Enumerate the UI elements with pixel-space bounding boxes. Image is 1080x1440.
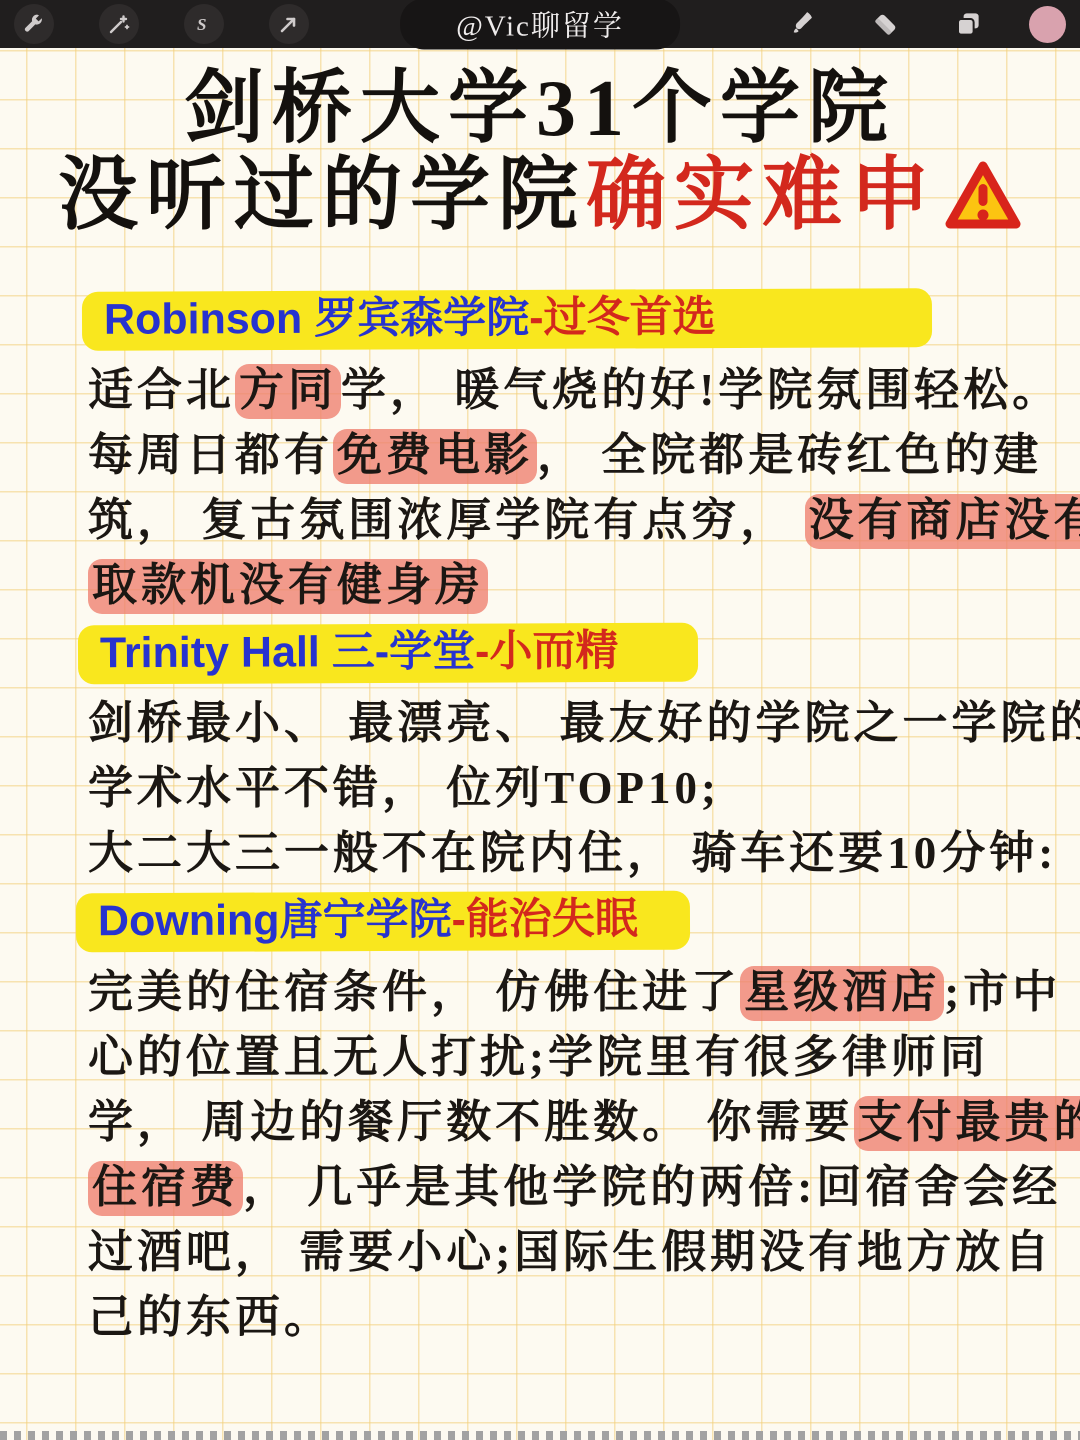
text-line: 住宿费， 几乎是其他学院的两倍:回宿舍会经 <box>88 1155 1080 1220</box>
transform-arrow-icon <box>277 12 301 36</box>
poster-title-line2: 没听过的学院确实难申 <box>0 153 1080 250</box>
text-line: 完美的住宿条件， 仿佛住进了星级酒店;市中 <box>88 960 1080 1025</box>
text-segment: 己的东西。 <box>88 1292 333 1342</box>
text-line: 学， 周边的餐厅数不胜数。 你需要支付最贵的 <box>88 1090 1080 1155</box>
highlighted-text: 星级酒店 <box>740 966 944 1021</box>
poster-title: 剑桥大学31个学院 没听过的学院确实难申 <box>0 66 1080 250</box>
highlighted-text: 住宿费 <box>88 1161 243 1216</box>
selection-button[interactable]: S <box>184 4 224 44</box>
drawing-canvas[interactable]: 剑桥大学31个学院 没听过的学院确实难申 Robinson 罗宾森学院-过冬首选… <box>0 48 1080 1440</box>
procreate-screen: S @Vic聊留学 <box>0 0 1080 1440</box>
header-tagline: -小而精 <box>475 627 619 676</box>
text-segment: 学， 周边的餐厅数不胜数。 你需要 <box>88 1097 854 1147</box>
text-line: 过酒吧， 需要小心;国际生假期没有地方放自 <box>88 1220 1080 1285</box>
section-downing: Downing唐宁学院-能治失眠 完美的住宿条件， 仿佛住进了星级酒店;市中 心… <box>88 892 1080 1349</box>
text-segment: ， 全院都是砖红色的建 <box>537 430 1042 480</box>
wrench-icon <box>22 12 46 36</box>
transform-button[interactable] <box>269 4 309 44</box>
gallery-wrench-button[interactable] <box>14 4 54 44</box>
svg-text:S: S <box>197 15 206 34</box>
text-segment: ;市中 <box>944 967 1061 1017</box>
text-segment: ， 几乎是其他学院的两倍:回宿舍会经 <box>243 1162 1061 1212</box>
text-segment: 适合北 <box>88 365 235 415</box>
text-segment: 完美的住宿条件， 仿佛住进了 <box>88 967 740 1017</box>
text-segment: 过酒吧， 需要小心;国际生假期没有地方放自 <box>88 1227 1053 1277</box>
magic-wand-icon <box>107 12 131 36</box>
brush-button[interactable] <box>783 3 825 45</box>
header-tagline: -过冬首选 <box>529 293 716 342</box>
text-segment: 学， 暖气烧的好!学院氛围轻松。 <box>341 365 1061 415</box>
text-line: 筑， 复古氛围浓厚学院有点穷， 没有商店没有 <box>88 488 1080 553</box>
color-swatch[interactable] <box>1029 6 1066 43</box>
section-robinson-header: Robinson 罗宾森学院-过冬首选 <box>82 289 932 352</box>
highlighted-text: 取款机没有健身房 <box>88 559 488 614</box>
eraser-icon <box>871 9 901 39</box>
layers-icon <box>953 9 983 39</box>
text-line: 心的位置且无人打扰;学院里有很多律师同 <box>88 1025 1080 1090</box>
text-line: 每周日都有免费电影， 全院都是砖红色的建 <box>88 423 1080 488</box>
header-tagline: -能治失眠 <box>451 895 638 944</box>
highlighted-text: 方同 <box>235 364 341 419</box>
text-line: 取款机没有健身房 <box>88 553 1080 618</box>
eraser-button[interactable] <box>865 3 907 45</box>
toolbar-left-group: S <box>14 4 309 44</box>
text-line: 大二大三一般不在院内住， 骑车还要10分钟: <box>88 821 1080 886</box>
document-title: @Vic聊留学 <box>456 11 624 43</box>
header-college-name: Robinson 罗宾森学院 <box>104 294 529 344</box>
highlighted-text: 免费电影 <box>333 429 537 484</box>
document-title-pill: @Vic聊留学 <box>400 0 680 50</box>
header-college-name: Trinity Hall 三-学堂 <box>100 627 475 677</box>
header-college-name: Downing唐宁学院 <box>98 896 452 946</box>
section-downing-header: Downing唐宁学院-能治失眠 <box>76 891 690 953</box>
highlighted-text: 支付最贵的 <box>854 1096 1080 1151</box>
toolbar-right-group <box>783 3 1066 45</box>
text-line: 适合北方同学， 暖气烧的好!学院氛围轻松。 <box>88 358 1080 423</box>
warning-triangle-icon <box>944 162 1022 250</box>
poster-title-line2-red: 确实难申 <box>586 152 938 240</box>
text-segment: 心的位置且无人打扰;学院里有很多律师同 <box>88 1032 989 1082</box>
page-perforation <box>0 1431 1080 1440</box>
poster-title-line2-black: 没听过的学院 <box>58 152 586 240</box>
section-robinson: Robinson 罗宾森学院-过冬首选 适合北方同学， 暖气烧的好!学院氛围轻松… <box>88 290 1080 617</box>
poster-body: Robinson 罗宾森学院-过冬首选 适合北方同学， 暖气烧的好!学院氛围轻松… <box>0 290 1080 1349</box>
toolbar: S @Vic聊留学 <box>0 0 1080 48</box>
text-line: 己的东西。 <box>88 1285 1080 1350</box>
text-segment: 每周日都有 <box>88 430 333 480</box>
text-line: 学术水平不错， 位列TOP10; <box>88 756 1080 821</box>
text-segment: 学术水平不错， 位列TOP10; <box>88 763 720 813</box>
brush-icon <box>789 9 819 39</box>
text-line: 剑桥最小、 最漂亮、 最友好的学院之一学院的 <box>88 691 1080 756</box>
section-trinity-hall: Trinity Hall 三-学堂-小而精 剑桥最小、 最漂亮、 最友好的学院之… <box>88 624 1080 886</box>
section-trinity-header: Trinity Hall 三-学堂-小而精 <box>78 622 698 684</box>
selection-icon: S <box>192 12 216 36</box>
adjustments-button[interactable] <box>99 4 139 44</box>
text-segment: 剑桥最小、 最漂亮、 最友好的学院之一学院的 <box>88 698 1080 748</box>
text-segment: 筑， 复古氛围浓厚学院有点穷， <box>88 495 805 545</box>
poster-title-line1: 剑桥大学31个学院 <box>0 66 1080 153</box>
highlighted-text: 没有商店没有 <box>805 494 1080 549</box>
layers-button[interactable] <box>947 3 989 45</box>
text-segment: 大二大三一般不在院内住， 骑车还要10分钟: <box>88 828 1057 878</box>
